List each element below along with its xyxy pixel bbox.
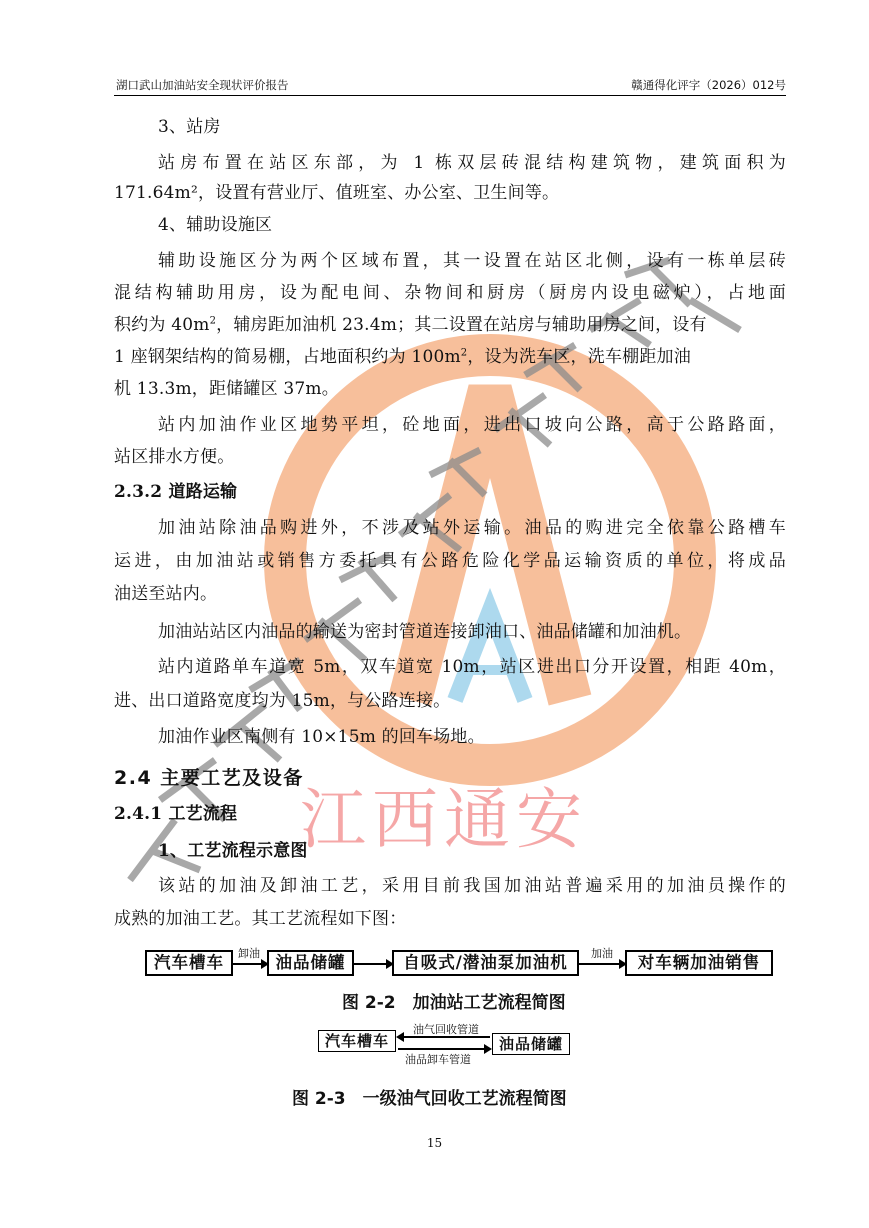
heading-2-4: 2.4 主要工艺及设备 bbox=[114, 768, 786, 788]
text-segment: 积约为 40m bbox=[114, 315, 210, 335]
paragraph-line: 运进，由加油站或销售方委托具有公路危险化学品运输资质的单位，将成品 bbox=[114, 551, 786, 571]
arrow-right-icon bbox=[233, 963, 267, 965]
paragraph-line: 站内道路单车道宽 5m，双车道宽 10m，站区进出口分开设置，相距 40m， bbox=[114, 657, 786, 677]
heading-flow-diagram: 1、工艺流程示意图 bbox=[114, 841, 786, 861]
arrow-right-icon bbox=[579, 963, 625, 965]
flow-box-dispenser: 自吸式/潜油泵加油机 bbox=[392, 950, 579, 976]
figure-caption: 图 2-2 加油站工艺流程简图 bbox=[342, 988, 566, 1013]
page-number: 15 bbox=[0, 1136, 869, 1150]
paragraph-line: 1 座钢架结构的简易棚，占地面积约为 100m2，设为洗车区，洗车棚距加油 bbox=[114, 347, 786, 367]
figure-caption: 图 2-3 一级油气回收工艺流程简图 bbox=[292, 1084, 567, 1109]
heading-2-4-1: 2.4.1 工艺流程 bbox=[114, 804, 786, 824]
paragraph-line: 171.64m²，设置有营业厅、值班室、办公室、卫生间等。 bbox=[114, 183, 786, 203]
flow-box-storage-tank: 油品储罐 bbox=[492, 1033, 570, 1055]
flow-box-storage-tank: 油品储罐 bbox=[267, 950, 354, 976]
heading-2-3-2: 2.3.2 道路运输 bbox=[114, 482, 786, 502]
paragraph-line: 积约为 40m2，辅房距加油机 23.4m；其二设置在站房与辅助用房之间，设有 bbox=[114, 315, 786, 335]
flow-box-sales: 对车辆加油销售 bbox=[625, 950, 773, 976]
page-header: 湖口武山加油站安全现状评价报告 赣通得化评字（2026）012号 bbox=[114, 76, 786, 96]
paragraph-line: 混结构辅助用房，设为配电间、杂物间和厨房（厨房内设电磁炉），占地面 bbox=[114, 283, 786, 303]
text-segment: 1 座钢架结构的简易棚，占地面积约为 100m bbox=[114, 347, 461, 367]
paragraph-line: 进、出口道路宽度均为 15m，与公路连接。 bbox=[114, 691, 786, 711]
paragraph-line: 站房布置在站区东部，为 1 栋双层砖混结构建筑物，建筑面积为 bbox=[114, 153, 786, 173]
paragraph-line: 站区排水方便。 bbox=[114, 447, 786, 467]
paragraph-line: 加油作业区南侧有 10×15m 的回车场地。 bbox=[114, 727, 786, 747]
paragraph-line: 油送至站内。 bbox=[114, 584, 786, 604]
paragraph-line: 站内加油作业区地势平坦，砼地面，进出口坡向公路，高于公路路面， bbox=[114, 415, 786, 435]
paragraph-line: 机 13.3m，距储罐区 37m。 bbox=[114, 379, 786, 399]
paragraph-line: 加油站站区内油品的输送为密封管道连接卸油口、油品储罐和加油机。 bbox=[114, 622, 786, 642]
arrow-label-refuel: 加油 bbox=[591, 945, 613, 961]
paragraph-line: 成熟的加油工艺。其工艺流程如下图： bbox=[114, 909, 786, 929]
paragraph-line: 该站的加油及卸油工艺，采用目前我国加油站普遍采用的加油员操作的 bbox=[114, 876, 786, 896]
text-segment: ，设为洗车区，洗车棚距加油 bbox=[467, 347, 691, 367]
arrow-left-icon bbox=[398, 1036, 490, 1038]
arrow-label-unload: 卸油 bbox=[238, 945, 260, 961]
flow-box-tanker: 汽车槽车 bbox=[145, 950, 233, 976]
arrow-label-vapor-recovery: 油气回收管道 bbox=[413, 1021, 479, 1037]
document-page: 湖口武山加油站安全现状评价报告 赣通得化评字（2026）012号 3、站房 站房… bbox=[0, 0, 869, 1228]
section-4-title: 4、辅助设施区 bbox=[114, 215, 786, 235]
paragraph-line: 辅助设施区分为两个区域布置，其一设置在站区北侧，设有一栋单层砖 bbox=[114, 251, 786, 271]
arrow-right-icon bbox=[398, 1048, 490, 1050]
report-number: 赣通得化评字（2026）012号 bbox=[631, 77, 786, 93]
flow-box-tanker: 汽车槽车 bbox=[318, 1030, 396, 1052]
arrow-label-unloading-pipe: 油品卸车管道 bbox=[405, 1051, 471, 1067]
section-3-title: 3、站房 bbox=[114, 117, 786, 137]
paragraph-line: 加油站除油品购进外，不涉及站外运输。油品的购进完全依靠公路槽车 bbox=[114, 518, 786, 538]
report-title: 湖口武山加油站安全现状评价报告 bbox=[116, 77, 289, 93]
text-segment: ，辅房距加油机 23.4m；其二设置在站房与辅助用房之间，设有 bbox=[216, 315, 707, 335]
arrow-right-icon bbox=[354, 963, 392, 965]
